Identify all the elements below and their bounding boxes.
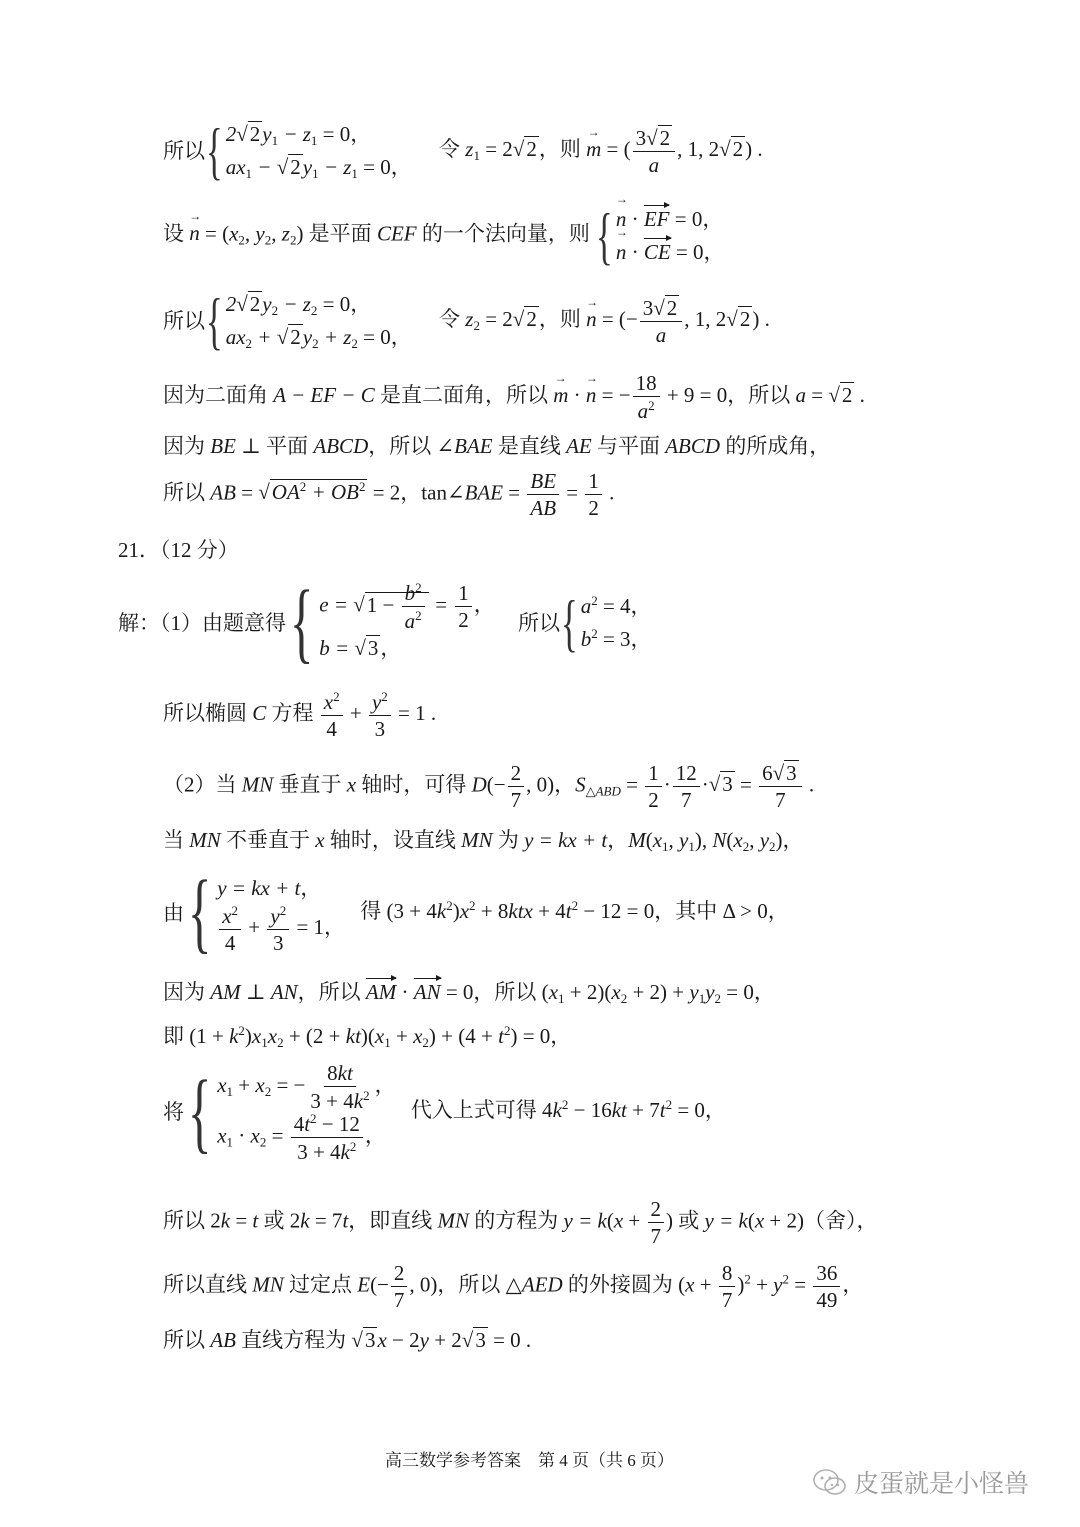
equation-line-fixed-point: 所以直线 MN 过定点 E(−27, 0)，所以 △AED 的外接圆为 (x +…: [163, 1262, 863, 1311]
equation-line-n-vector: 所以{ 2√2y2 − z2 = 0， ax2 + √2y2 + z2 = 0，…: [163, 288, 770, 354]
equation-line-ab: 所以 AB 直线方程为 √3x − 2y + 2√3 = 0 .: [163, 1330, 531, 1351]
equation-line-perpendicular: 因为 AM ⊥ AN，所以 AM · AN = 0，所以 (x1 + 2)(x2…: [163, 982, 775, 1005]
watermark: 皮蛋就是小怪兽: [812, 1468, 1029, 1498]
question-header: 21．（12 分）: [118, 540, 239, 561]
wechat-icon: [812, 1468, 848, 1498]
equation-line-part2-vertical: （2）当 MN 垂直于 x 轴时，可得 D(−27, 0)，S△ABD = 12…: [163, 762, 814, 811]
equation-system: 所以{ 2√2y1 − z1 = 0， ax1 − √2y1 − z1 = 0，: [163, 118, 412, 184]
equation-line-roots: 所以 2k = t 或 2k = 7t，即直线 MN 的方程为 y = k(x …: [163, 1198, 878, 1247]
left-brace: {: [596, 204, 613, 268]
equation-line-n-normal: 设 n = (x2, y2, z2) 是平面 CEF 的一个法向量，则 { n …: [163, 203, 725, 268]
text-line-angle: 因为 BE ⊥ 平面 ABCD，所以 ∠BAE 是直线 AE 与平面 ABCD …: [163, 436, 830, 457]
text-line-part2-general: 当 MN 不垂直于 x 轴时，设直线 MN 为 y = kx + t，M(x1,…: [163, 830, 804, 853]
equation-line-system: 由{ y = kx + t， x24 + y23 = 1， 得 (3 + 4k2…: [163, 868, 789, 958]
equation-line-ellipse: 所以椭圆 C 方程 x24 + y23 = 1 .: [163, 690, 436, 740]
equation-line-expand: 即 (1 + k2)x1x2 + (2 + kt)(x1 + x2) + (4 …: [163, 1024, 571, 1049]
equation-line-dihedral: 因为二面角 A − EF − C 是直二面角，所以 m · n = −18a2 …: [163, 372, 865, 422]
equation-line-tan: 所以 AB = √OA2 + OB2 = 2，tan∠BAE = BEAB = …: [163, 470, 614, 519]
equation-line-vieta: 将{ x1 + x2 = −8kt3 + 4k2， x1 · x2 = 4t2 …: [163, 1062, 726, 1163]
equation-line-m-vector: 所以{ 2√2y1 − z1 = 0， ax1 − √2y1 − z1 = 0，…: [163, 118, 763, 184]
solution-part1: 解：（1）由题意得{ e = √1 − b2a2 = 12， b = √3， 所…: [118, 578, 652, 668]
page-footer: 高三数学参考答案 第 4 页（共 6 页）: [385, 1452, 674, 1469]
watermark-text: 皮蛋就是小怪兽: [854, 1471, 1029, 1496]
left-brace: {: [206, 119, 223, 183]
